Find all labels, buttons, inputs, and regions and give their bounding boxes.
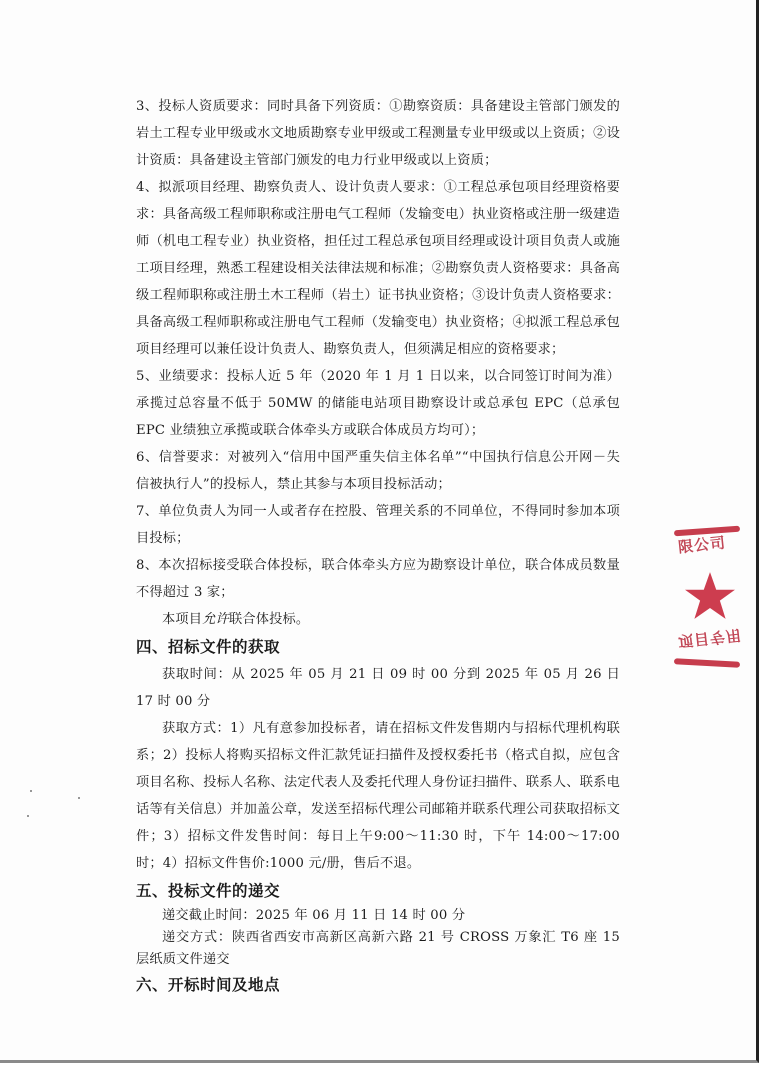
requirement-item-7: 7、单位负责人为同一人或者存在控股、管理关系的不同单位，不得同时参加本项目投标；: [136, 498, 620, 552]
submission-deadline: 递交截止时间：2025 年 06 月 11 日 14 时 00 分: [136, 905, 620, 927]
seal-arc-bottom: [674, 658, 740, 667]
requirement-item-5: 5、业绩要求：投标人近 5 年（2020 年 1 月 1 日以来，以合同签订时间…: [136, 363, 620, 444]
section-5-heading: 五、投标文件的递交: [136, 877, 620, 905]
seal-bottom-text: 项目专用: [677, 625, 743, 653]
seal-arc-top: [674, 526, 740, 537]
requirement-item-3: 3、投标人资质要求：同时具备下列资质：①勘察资质：具备建设主管部门颁发的岩土工程…: [136, 93, 620, 174]
acquisition-method: 获取方式：1）凡有意参加投标者，请在招标文件发售期内与招标代理机构联系；2）投标…: [136, 715, 620, 877]
scan-speck: [30, 790, 32, 792]
company-seal: 限公司 项目专用: [664, 520, 754, 670]
section-6-heading: 六、开标时间及地点: [136, 971, 620, 999]
requirement-item-8: 8、本次招标接受联合体投标，联合体牵头方应为勘察设计单位，联合体成员数量不得超过…: [136, 552, 620, 606]
requirement-item-4: 4、拟派项目经理、勘察负责人、设计负责人要求：①工程总承包项目经理资格要求：具备…: [136, 174, 620, 363]
consortium-allowed: 允许: [202, 612, 229, 627]
document-body: 3、投标人资质要求：同时具备下列资质：①勘察资质：具备建设主管部门颁发的岩土工程…: [136, 93, 620, 999]
section-4-heading: 四、招标文件的获取: [136, 633, 620, 661]
document-page: 3、投标人资质要求：同时具备下列资质：①勘察资质：具备建设主管部门颁发的岩土工程…: [0, 0, 759, 1063]
consortium-suffix: 联合体投标。: [229, 612, 309, 627]
consortium-prefix: 本项目: [162, 612, 202, 627]
submission-method: 递交方式：陕西省西安市高新区高新六路 21 号 CROSS 万象汇 T6 座 1…: [136, 927, 620, 971]
requirement-item-6: 6、信誉要求：对被列入“信用中国严重失信主体名单”“中国执行信息公开网－失信被执…: [136, 444, 620, 498]
scan-speck: [78, 797, 80, 799]
acquisition-time: 获取时间：从 2025 年 05 月 21 日 09 时 00 分到 2025 …: [136, 661, 620, 715]
scan-speck: [27, 815, 29, 817]
seal-top-text: 限公司: [677, 532, 727, 558]
star-icon: [684, 570, 736, 622]
consortium-note: 本项目允许联合体投标。: [136, 606, 620, 633]
